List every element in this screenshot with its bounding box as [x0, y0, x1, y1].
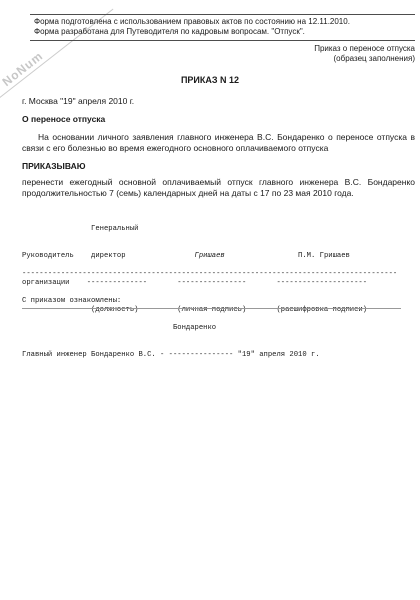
acknowledgment-signature-name: Бондаренко [22, 324, 397, 333]
signature-line-position-top: Генеральный [22, 225, 367, 234]
doc-type-subtitle: (образец заполнения) [314, 54, 415, 64]
subject-heading: О переносе отпуска [22, 114, 105, 124]
place-date-line: г. Москва "19" апреля 2010 г. [22, 96, 134, 106]
order-verb: ПРИКАЗЫВАЮ [22, 161, 85, 171]
acknowledgment-block: ----------------------------------------… [22, 252, 397, 378]
header-note-line1: Форма подготовлена с использованием прав… [34, 17, 411, 27]
bottom-rule [22, 308, 401, 309]
header-note-line2: Форма разработана для Путеводителя по ка… [34, 27, 411, 37]
header-note: Форма подготовлена с использованием прав… [30, 14, 415, 41]
order-title: ПРИКАЗ N 12 [22, 75, 398, 85]
doc-type: Приказ о переносе отпуска (образец запол… [314, 44, 415, 63]
acknowledgment-separator: ----------------------------------------… [22, 270, 397, 279]
document-page: NoNum Форма подготовлена с использование… [0, 0, 420, 600]
basis-paragraph: На основании личного заявления главного … [22, 132, 415, 154]
doc-type-title: Приказ о переносе отпуска [314, 44, 415, 54]
acknowledgment-line: Главный инженер Бондаренко В.С. - ------… [22, 351, 397, 360]
order-paragraph: перенести ежегодный основной оплачиваемы… [22, 177, 415, 199]
acknowledgment-heading: С приказом ознакомлены: [22, 297, 397, 306]
